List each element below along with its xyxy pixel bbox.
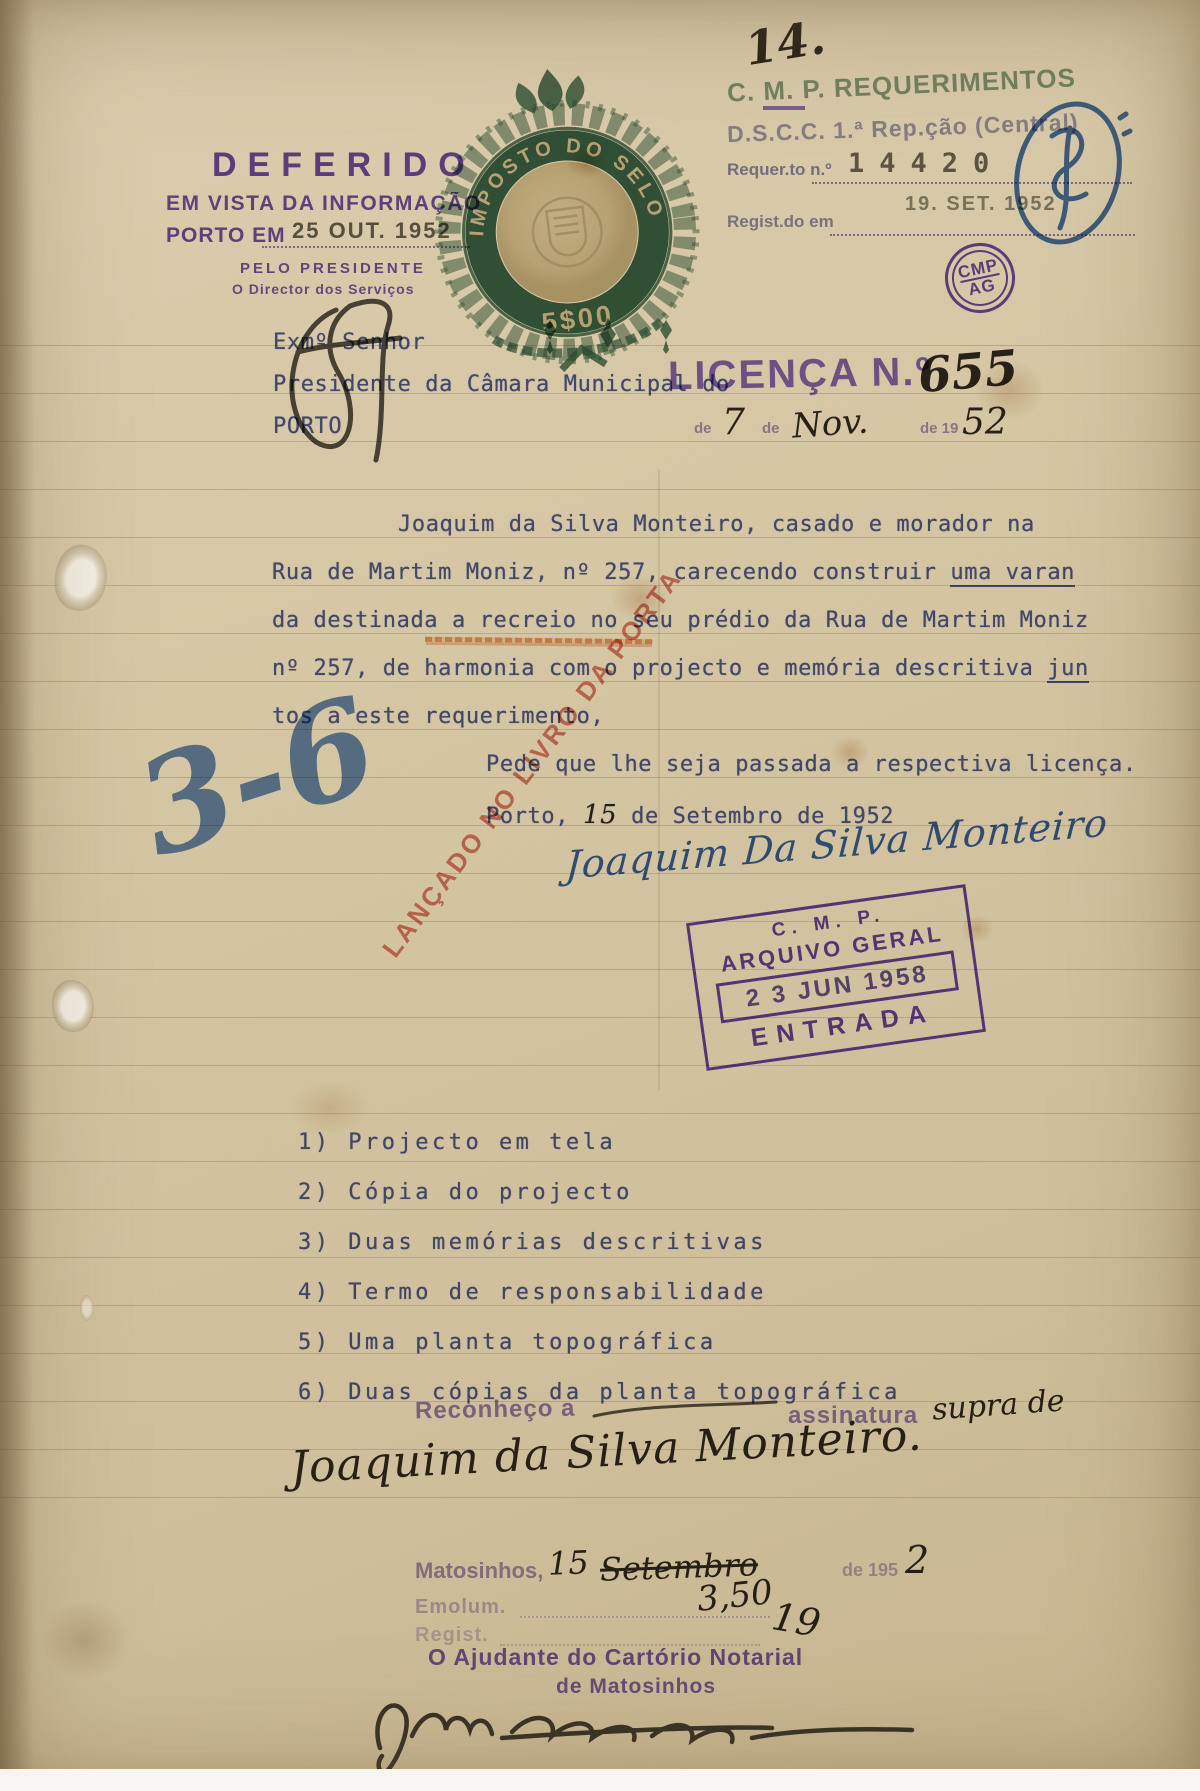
body-line2-main: Rua de Martim Moniz, nº 257, carecendo c… <box>272 560 950 585</box>
body-day-handwritten: 15 <box>583 800 617 830</box>
licenca-year-handwritten: 52 <box>962 402 1008 443</box>
body-request-line: Pede que lhe seja passada a respectiva l… <box>486 752 1137 777</box>
notary-day-handwritten: 15 <box>547 1543 589 1582</box>
body-line4: nº 257, de harmonia com o projecto e mem… <box>272 656 1089 681</box>
notary-signature <box>352 1686 932 1776</box>
attachment-item: 2) Cópia do projecto <box>298 1180 633 1205</box>
body-line4-main: nº 257, de harmonia com o projecto e mem… <box>272 656 1047 681</box>
licenca-date-frag2: de <box>762 420 780 437</box>
fee-handwritten: 3,50 <box>695 1572 774 1620</box>
attachment-item: 4) Termo de responsabilidade <box>298 1280 767 1305</box>
attachment-item: 1) Projecto em tela <box>298 1130 616 1155</box>
notary-year-handwritten: 2 <box>905 1538 929 1582</box>
licenca-day-handwritten: 7 <box>722 402 745 443</box>
ajudante-stamp-line1: O Ajudante do Cartório Notarial <box>428 1644 803 1671</box>
deferido-by-line: PELO PRESIDENTE <box>240 260 426 277</box>
regist-notary-line <box>500 1624 760 1646</box>
matosinhos-stamp: Matosinhos, <box>415 1558 543 1584</box>
licenca-date-frag3: de 19 <box>920 420 958 437</box>
licenca-date-frag1: de <box>694 420 712 437</box>
body-line1: Joaquim da Silva Monteiro, casado e mora… <box>398 512 1035 537</box>
page-number-handwritten: 14. <box>741 10 828 76</box>
cmp-header-underline <box>763 104 805 110</box>
emolum-stamp: Emolum. <box>415 1596 506 1619</box>
regist-label: Regist.do em <box>727 212 834 232</box>
stain <box>40 1600 130 1680</box>
body-line2-underlined: uma varan <box>950 560 1075 587</box>
addressee-line2: Presidente da Câmara Municipal do <box>273 372 730 397</box>
addressee-line3: PORTO <box>273 414 342 439</box>
registry-number-handwritten: 19 <box>769 1594 824 1646</box>
arquivo-geral-stamp: C. M. P. ARQUIVO GERAL 2 3 JUN 1958 ENTR… <box>686 884 986 1071</box>
attachment-item: 5) Uma planta topográfica <box>298 1330 717 1355</box>
paper-hole-small <box>80 1295 94 1321</box>
notary-year-fragment: de 195 <box>842 1560 898 1581</box>
paper-hole <box>52 980 94 1032</box>
supra-handwritten: supra de <box>931 1383 1066 1427</box>
licenca-stamp-label: LICENÇA N.º <box>668 350 933 400</box>
blue-crayon-number: 3-6 <box>120 667 395 888</box>
seal-ornament-icon <box>540 318 680 354</box>
notary-name-handwritten: Joaquim da Silva Monteiro. <box>289 1409 924 1493</box>
body-line3: da destinada a recreio no seu prédio da … <box>272 608 1089 633</box>
body-line4-underlined: jun <box>1047 656 1089 683</box>
paper-tear <box>49 540 114 615</box>
clerk-initials-signature <box>1000 88 1140 253</box>
reconheco-stamp: Reconheço a <box>415 1395 576 1426</box>
licenca-number-handwritten: 655 <box>916 340 1021 405</box>
paper-left-edge <box>0 0 34 1791</box>
attachment-item: 3) Duas memórias descritivas <box>298 1230 767 1255</box>
stain <box>290 1080 370 1136</box>
licenca-month-handwritten: Nov. <box>791 401 870 446</box>
scanner-edge <box>0 1769 1200 1791</box>
addressee-line1: Exmº Senhor <box>273 330 425 355</box>
